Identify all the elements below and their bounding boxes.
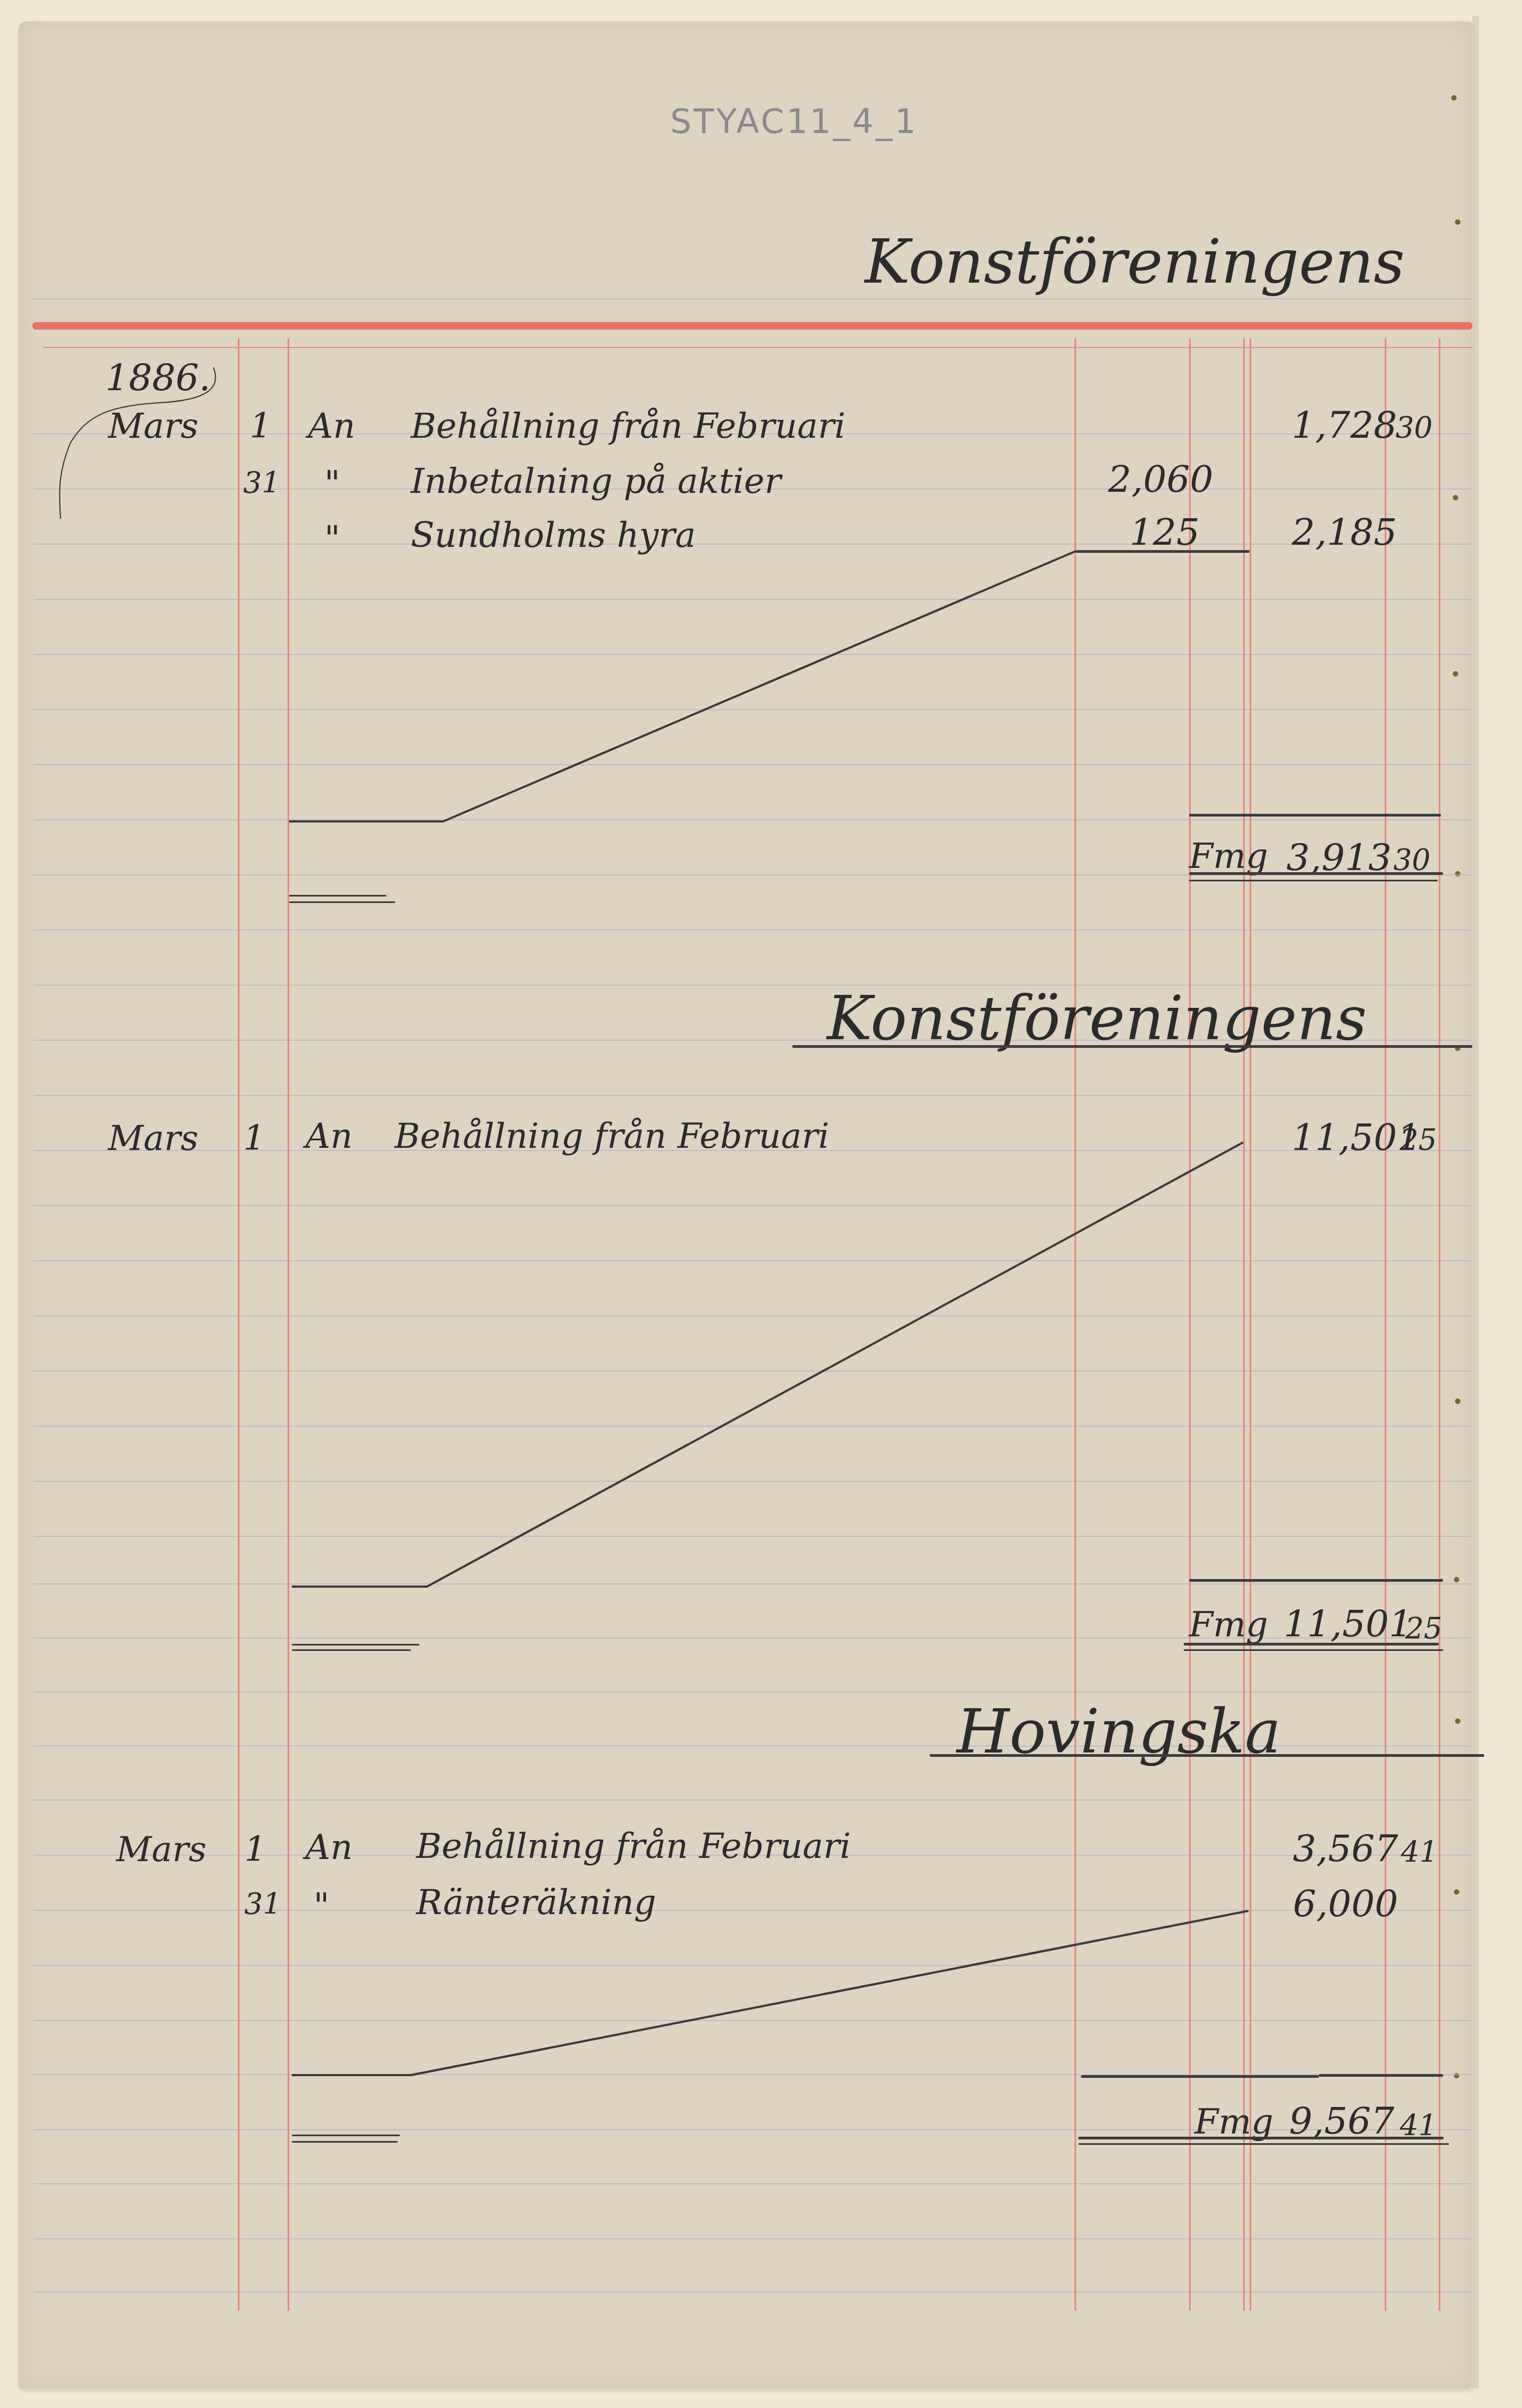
entry-prefix: An: [305, 1116, 352, 1156]
total-double-rule: [1189, 872, 1443, 875]
binding-hole: [1454, 1889, 1459, 1895]
total-double-rule: [1184, 1643, 1439, 1646]
entry-amount: 2,185: [1292, 511, 1397, 554]
entry-day: 1: [250, 406, 272, 446]
total-label: Fmg: [1189, 1605, 1268, 1645]
entry-description: Inbetalning på aktier: [411, 461, 781, 501]
closing-double-rule: [292, 1644, 419, 1646]
entry-prefix: An: [305, 1828, 352, 1868]
section-title: Konstföreningens: [865, 227, 1405, 297]
section-title-underline: [930, 1754, 1484, 1757]
header-red-thin-rule: [43, 347, 1472, 348]
entry-subamount: 125: [1130, 511, 1200, 554]
binding-hole: [1455, 1399, 1460, 1404]
entry-month: Mars: [108, 406, 198, 446]
entry-description: Behållning från Februari: [395, 1116, 829, 1156]
total-amount: 11,501: [1284, 1603, 1412, 1646]
binding-hole: [1454, 1577, 1459, 1582]
entry-description: Sundholms hyra: [411, 516, 696, 556]
closing-double-rule: [289, 901, 395, 903]
entry-cents: 25: [1400, 1123, 1437, 1157]
archive-code: STYAC11_4_1: [670, 102, 918, 141]
entry-amount: 1,728: [1292, 404, 1397, 447]
entry-day: 1: [244, 1830, 266, 1870]
page-edge: [1472, 16, 1479, 2389]
total-label: Fmg: [1189, 837, 1268, 877]
entry-prefix: ": [324, 464, 340, 504]
entry-description: Behållning från Februari: [416, 1827, 851, 1867]
subtotal-rule: [1076, 550, 1250, 553]
entry-day: 1: [243, 1119, 265, 1159]
closing-double-rule: [292, 2141, 398, 2143]
entry-prefix: ": [313, 1886, 329, 1926]
total-rule-top: [1189, 1579, 1443, 1582]
total-double-rule: [1078, 2143, 1449, 2145]
entry-day: 31: [243, 466, 281, 500]
binding-hole: [1453, 671, 1458, 677]
entry-cents: 30: [1396, 411, 1433, 445]
closing-double-rule: [292, 1649, 411, 1651]
entry-subamount: 2,060: [1108, 458, 1213, 501]
section-title-underline: [792, 1045, 1472, 1048]
closing-double-rule: [292, 2135, 400, 2136]
binding-hole: [1455, 1718, 1460, 1724]
entry-month: Mars: [108, 1119, 198, 1159]
binding-hole: [1455, 219, 1460, 225]
entry-day: 31: [244, 1887, 282, 1921]
entry-prefix: An: [308, 406, 355, 446]
entry-amount: 6,000: [1293, 1883, 1398, 1925]
binding-hole: [1451, 95, 1457, 101]
entry-description: Behållning från Februari: [411, 406, 845, 446]
total-double-rule: [1184, 1649, 1443, 1651]
header-red-rule: [32, 322, 1472, 330]
total-double-rule: [1078, 2137, 1444, 2139]
total-rule-top: [1189, 814, 1441, 817]
total-label: Fmg: [1194, 2102, 1273, 2142]
binding-hole: [1453, 495, 1458, 500]
entry-cents: 41: [1401, 1835, 1438, 1869]
total-double-rule: [1189, 880, 1438, 881]
entry-prefix: ": [324, 519, 340, 559]
total-rule-top: [1081, 2075, 1319, 2078]
entry-month: Mars: [116, 1830, 206, 1870]
closing-double-rule: [289, 895, 386, 897]
entry-amount: 3,567: [1293, 1828, 1398, 1870]
binding-hole: [1455, 871, 1460, 877]
total-rule-top: [1319, 2074, 1443, 2077]
entry-description: Ränteräkning: [416, 1883, 656, 1923]
total-cents: 25: [1405, 1611, 1443, 1646]
section-title: Konstföreningens: [827, 984, 1367, 1054]
year-label: 1886.: [105, 357, 211, 399]
